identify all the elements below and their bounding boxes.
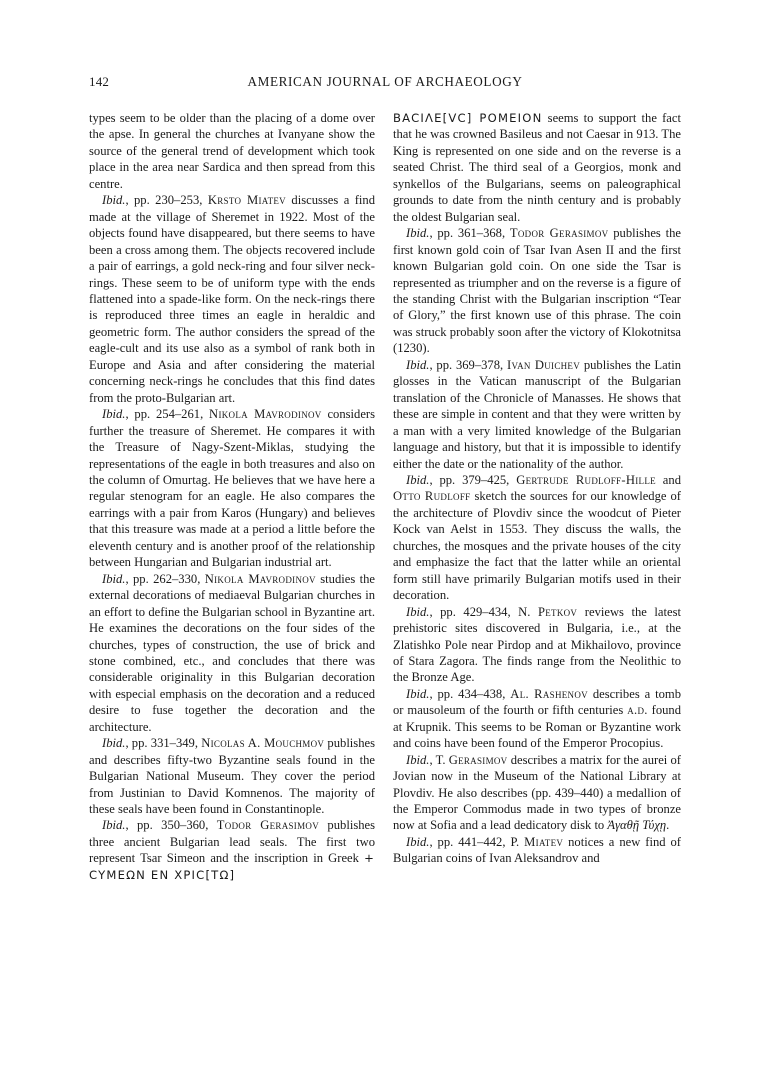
review-entry-rashenov: Ibid., pp. 434–438, Al. Rashenov describ…	[393, 686, 681, 752]
author-name: Ivan Duichev	[507, 358, 580, 372]
era-abbreviation: a.d.	[627, 703, 648, 717]
page-range: , pp. 434–438,	[429, 687, 510, 701]
review-entry-mavrodinov-1: Ibid., pp. 254–261, Nikola Mavrodinov co…	[89, 406, 375, 571]
author-name: Al. Rashenov	[510, 687, 588, 701]
review-entry-rudloff: Ibid., pp. 379–425, Gertrude Rudloff-Hil…	[393, 472, 681, 604]
author-name: Todor Gerasimov	[217, 818, 319, 832]
entry-text: considers further the treasure of Sherem…	[89, 407, 375, 569]
page-range: , pp. 350–360,	[125, 818, 216, 832]
author-name: Gertrude Rudloff-Hille	[516, 473, 656, 487]
author-name-2: Otto Rudloff	[393, 489, 470, 503]
author-name: Gerasimov	[449, 753, 508, 767]
review-entry-gerasimov-matrix: Ibid., T. Gerasimov describes a matrix f…	[393, 752, 681, 834]
review-entry-miatev-coins: Ibid., pp. 441–442, P. Miatev notices a …	[393, 834, 681, 867]
review-entry-miatev: Ibid., pp. 230–253, Krsto Miatev discuss…	[89, 192, 375, 406]
author-name: Nikola Mavrodinov	[205, 572, 316, 586]
review-entry-gerasimov-coin: Ibid., pp. 361–368, Todor Gerasimov publ…	[393, 225, 681, 357]
entry-text: publishes the Latin glosses in the Vatic…	[393, 358, 681, 471]
author-name: Krsto Miatev	[208, 193, 286, 207]
ibid: Ibid.	[406, 605, 429, 619]
review-entry-mouchmov: Ibid., pp. 331–349, Nicolas A. Mouchmov …	[89, 735, 375, 817]
author-name: Miatev	[524, 835, 563, 849]
page-range: , pp. 361–368,	[429, 226, 509, 240]
page-range: , pp. 254–261,	[125, 407, 209, 421]
review-entry-mavrodinov-2: Ibid., pp. 262–330, Nikola Mavrodinov st…	[89, 571, 375, 736]
ibid: Ibid.	[406, 835, 429, 849]
right-column: BACIΛE[VC] POMEION seems to support the …	[393, 110, 681, 867]
page-range: , pp. 441–442, P.	[429, 835, 524, 849]
entry-text: studies the external decorations of medi…	[89, 572, 375, 734]
page-range: , pp. 230–253,	[125, 193, 207, 207]
page-range: , pp. 379–425,	[429, 473, 516, 487]
paragraph-continued: BACIΛE[VC] POMEION seems to support the …	[393, 110, 681, 225]
page-range: , pp. 331–349,	[125, 736, 201, 750]
running-title: AMERICAN JOURNAL OF ARCHAEOLOGY	[89, 74, 681, 90]
ibid: Ibid.	[406, 473, 429, 487]
author-name: Todor Gerasimov	[510, 226, 609, 240]
review-entry-duichev: Ibid., pp. 369–378, Ivan Duichev publish…	[393, 357, 681, 472]
author-name: Nikola Mavrodinov	[209, 407, 322, 421]
ibid: Ibid.	[102, 818, 125, 832]
left-column: types seem to be older than the placing …	[89, 110, 375, 883]
ibid: Ibid.	[102, 193, 125, 207]
page-range: , T.	[429, 753, 448, 767]
ibid: Ibid.	[406, 687, 429, 701]
review-entry-petkov: Ibid., pp. 429–434, N. Petkov reviews th…	[393, 604, 681, 686]
page-range: , pp. 262–330,	[125, 572, 204, 586]
entry-text: seems to support the fact that he was cr…	[393, 111, 681, 224]
entry-text: discusses a find made at the village of …	[89, 193, 375, 404]
entry-text: publishes the first known gold coin of T…	[393, 226, 681, 355]
ibid: Ibid.	[406, 358, 429, 372]
author-name: Petkov	[538, 605, 577, 619]
paragraph-continued: types seem to be older than the placing …	[89, 110, 375, 192]
page-range: , pp. 429–434, N.	[429, 605, 538, 619]
review-entry-gerasimov-seals: Ibid., pp. 350–360, Todor Gerasimov publ…	[89, 817, 375, 883]
entry-text: sketch the sources for our knowledge of …	[393, 489, 681, 602]
ibid: Ibid.	[102, 572, 125, 586]
ibid: Ibid.	[102, 736, 125, 750]
ibid: Ibid.	[102, 407, 125, 421]
running-header: 142 AMERICAN JOURNAL OF ARCHAEOLOGY	[89, 74, 681, 94]
greek-inscription: BACIΛE[VC] POMEION	[393, 111, 543, 125]
ibid: Ibid.	[406, 753, 429, 767]
ibid: Ibid.	[406, 226, 429, 240]
page-range: , pp. 369–378,	[429, 358, 507, 372]
author-name: Nicolas A. Mouchmov	[201, 736, 324, 750]
greek-dedication: Ἀγαθῇ Τύχῃ	[607, 818, 666, 832]
